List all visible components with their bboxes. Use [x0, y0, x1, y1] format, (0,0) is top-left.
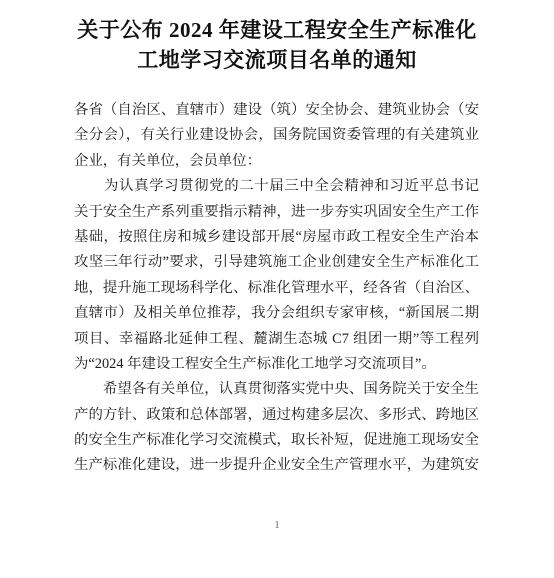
title-line-1: 关于公布 2024 年建设工程安全生产标准化	[0, 15, 554, 45]
body-line: 全分会），有关行业建设协会，国务院国资委管理的有关建筑业	[74, 123, 479, 148]
page-number: 1	[0, 520, 554, 531]
body-line: 关于安全生产系列重要指示精神，进一步夯实巩固安全生产工作	[74, 200, 479, 225]
body-line: 希望各有关单位，认真贯彻落实党中央、国务院关于安全生	[74, 377, 479, 402]
body-line: 的安全生产标准化学习交流模式，取长补短，促进施工现场安全	[74, 428, 479, 453]
body-line: 基础，按照住房和城乡建设部开展“房屋市政工程安全生产治本	[74, 225, 479, 250]
title-line-2: 工地学习交流项目名单的通知	[0, 45, 554, 75]
body-line: 为“2024 年建设工程安全生产标准化工地学习交流项目”。	[74, 352, 479, 377]
body-line: 地，提升施工现场科学化、标准化管理水平，经各省（自治区、	[74, 276, 479, 301]
body-line: 各省（自治区、直辖市）建设（筑）安全协会、建筑业协会（安	[74, 98, 479, 123]
body-line: 项目、幸福路北延伸工程、麓湖生态城 C7 组团一期”等工程列	[74, 327, 479, 352]
body-line: 产的方针、政策和总体部署，通过构建多层次、多形式、跨地区	[74, 403, 479, 428]
body-line: 攻坚三年行动”要求，引导建筑施工企业创建安全生产标准化工	[74, 250, 479, 275]
document-page: 关于公布 2024 年建设工程安全生产标准化 工地学习交流项目名单的通知 各省（…	[0, 0, 554, 578]
body-line: 企业，有关单位，会员单位：	[74, 149, 479, 174]
body-line: 生产标准化建设，进一步提升企业安全生产管理水平，为建筑安	[74, 453, 479, 478]
body-text: 各省（自治区、直辖市）建设（筑）安全协会、建筑业协会（安全分会），有关行业建设协…	[74, 98, 479, 479]
document-title: 关于公布 2024 年建设工程安全生产标准化 工地学习交流项目名单的通知	[0, 15, 554, 75]
body-line: 为认真学习贯彻党的二十届三中全会精神和习近平总书记	[74, 174, 479, 199]
body-line: 直辖市）及相关单位推荐，我分会组织专家审核，“新国展二期	[74, 301, 479, 326]
